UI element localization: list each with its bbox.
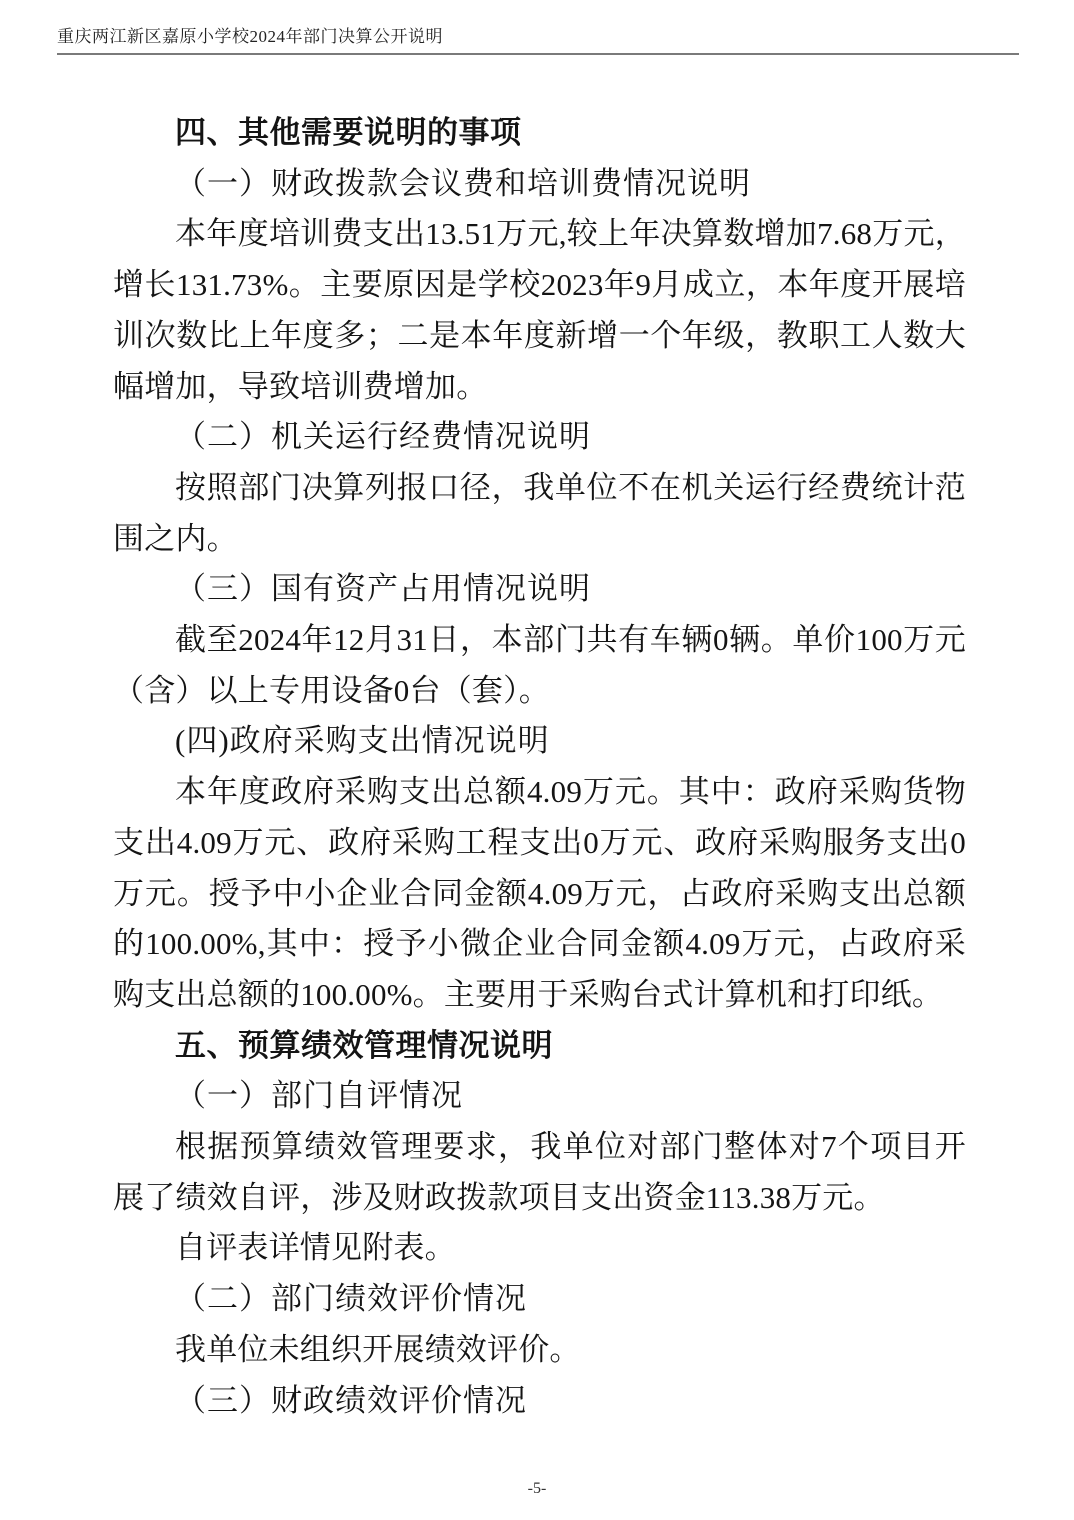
sub-heading-4-2: （二）机关运行经费情况说明 <box>113 412 966 463</box>
paragraph-state-assets: 截至2024年12月31日，本部门共有车辆0辆。单价100万元（含）以上专用设备… <box>113 615 966 716</box>
paragraph-procurement: 本年度政府采购支出总额4.09万元。其中：政府采购货物支出4.09万元、政府采购… <box>113 767 966 1021</box>
page-header: 重庆两江新区嘉原小学校2024年部门决算公开说明 <box>57 0 1019 55</box>
paragraph-training-fee: 本年度培训费支出13.51万元,较上年决算数增加7.68万元，增长131.73%… <box>113 209 966 412</box>
page-number: -5- <box>528 1480 547 1497</box>
sub-heading-4-4: (四)政府采购支出情况说明 <box>113 716 966 767</box>
paragraph-see-attachment: 自评表详情见附表。 <box>113 1223 966 1274</box>
paragraph-self-evaluation: 根据预算绩效管理要求，我单位对部门整体对7个项目开展了绩效自评，涉及财政拨款项目… <box>113 1122 966 1223</box>
header-title: 重庆两江新区嘉原小学校2024年部门决算公开说明 <box>57 0 1019 47</box>
section-heading-5: 五、预算绩效管理情况说明 <box>113 1021 966 1072</box>
page-footer: -5- <box>0 1478 1074 1500</box>
section-heading-4: 四、其他需要说明的事项 <box>113 108 966 159</box>
sub-heading-4-3: （三）国有资产占用情况说明 <box>113 564 966 615</box>
document-page: 重庆两江新区嘉原小学校2024年部门决算公开说明 四、其他需要说明的事项 （一）… <box>0 0 1074 1520</box>
document-body: 四、其他需要说明的事项 （一）财政拨款会议费和培训费情况说明 本年度培训费支出1… <box>113 108 966 1426</box>
header-rule <box>57 53 1019 55</box>
sub-heading-5-1: （一）部门自评情况 <box>113 1071 966 1122</box>
sub-heading-4-1: （一）财政拨款会议费和培训费情况说明 <box>113 159 966 210</box>
sub-heading-5-2: （二）部门绩效评价情况 <box>113 1274 966 1325</box>
sub-heading-5-3: （三）财政绩效评价情况 <box>113 1376 966 1427</box>
paragraph-no-evaluation: 我单位未组织开展绩效评价。 <box>113 1325 966 1376</box>
paragraph-operating-expense: 按照部门决算列报口径，我单位不在机关运行经费统计范围之内。 <box>113 463 966 564</box>
